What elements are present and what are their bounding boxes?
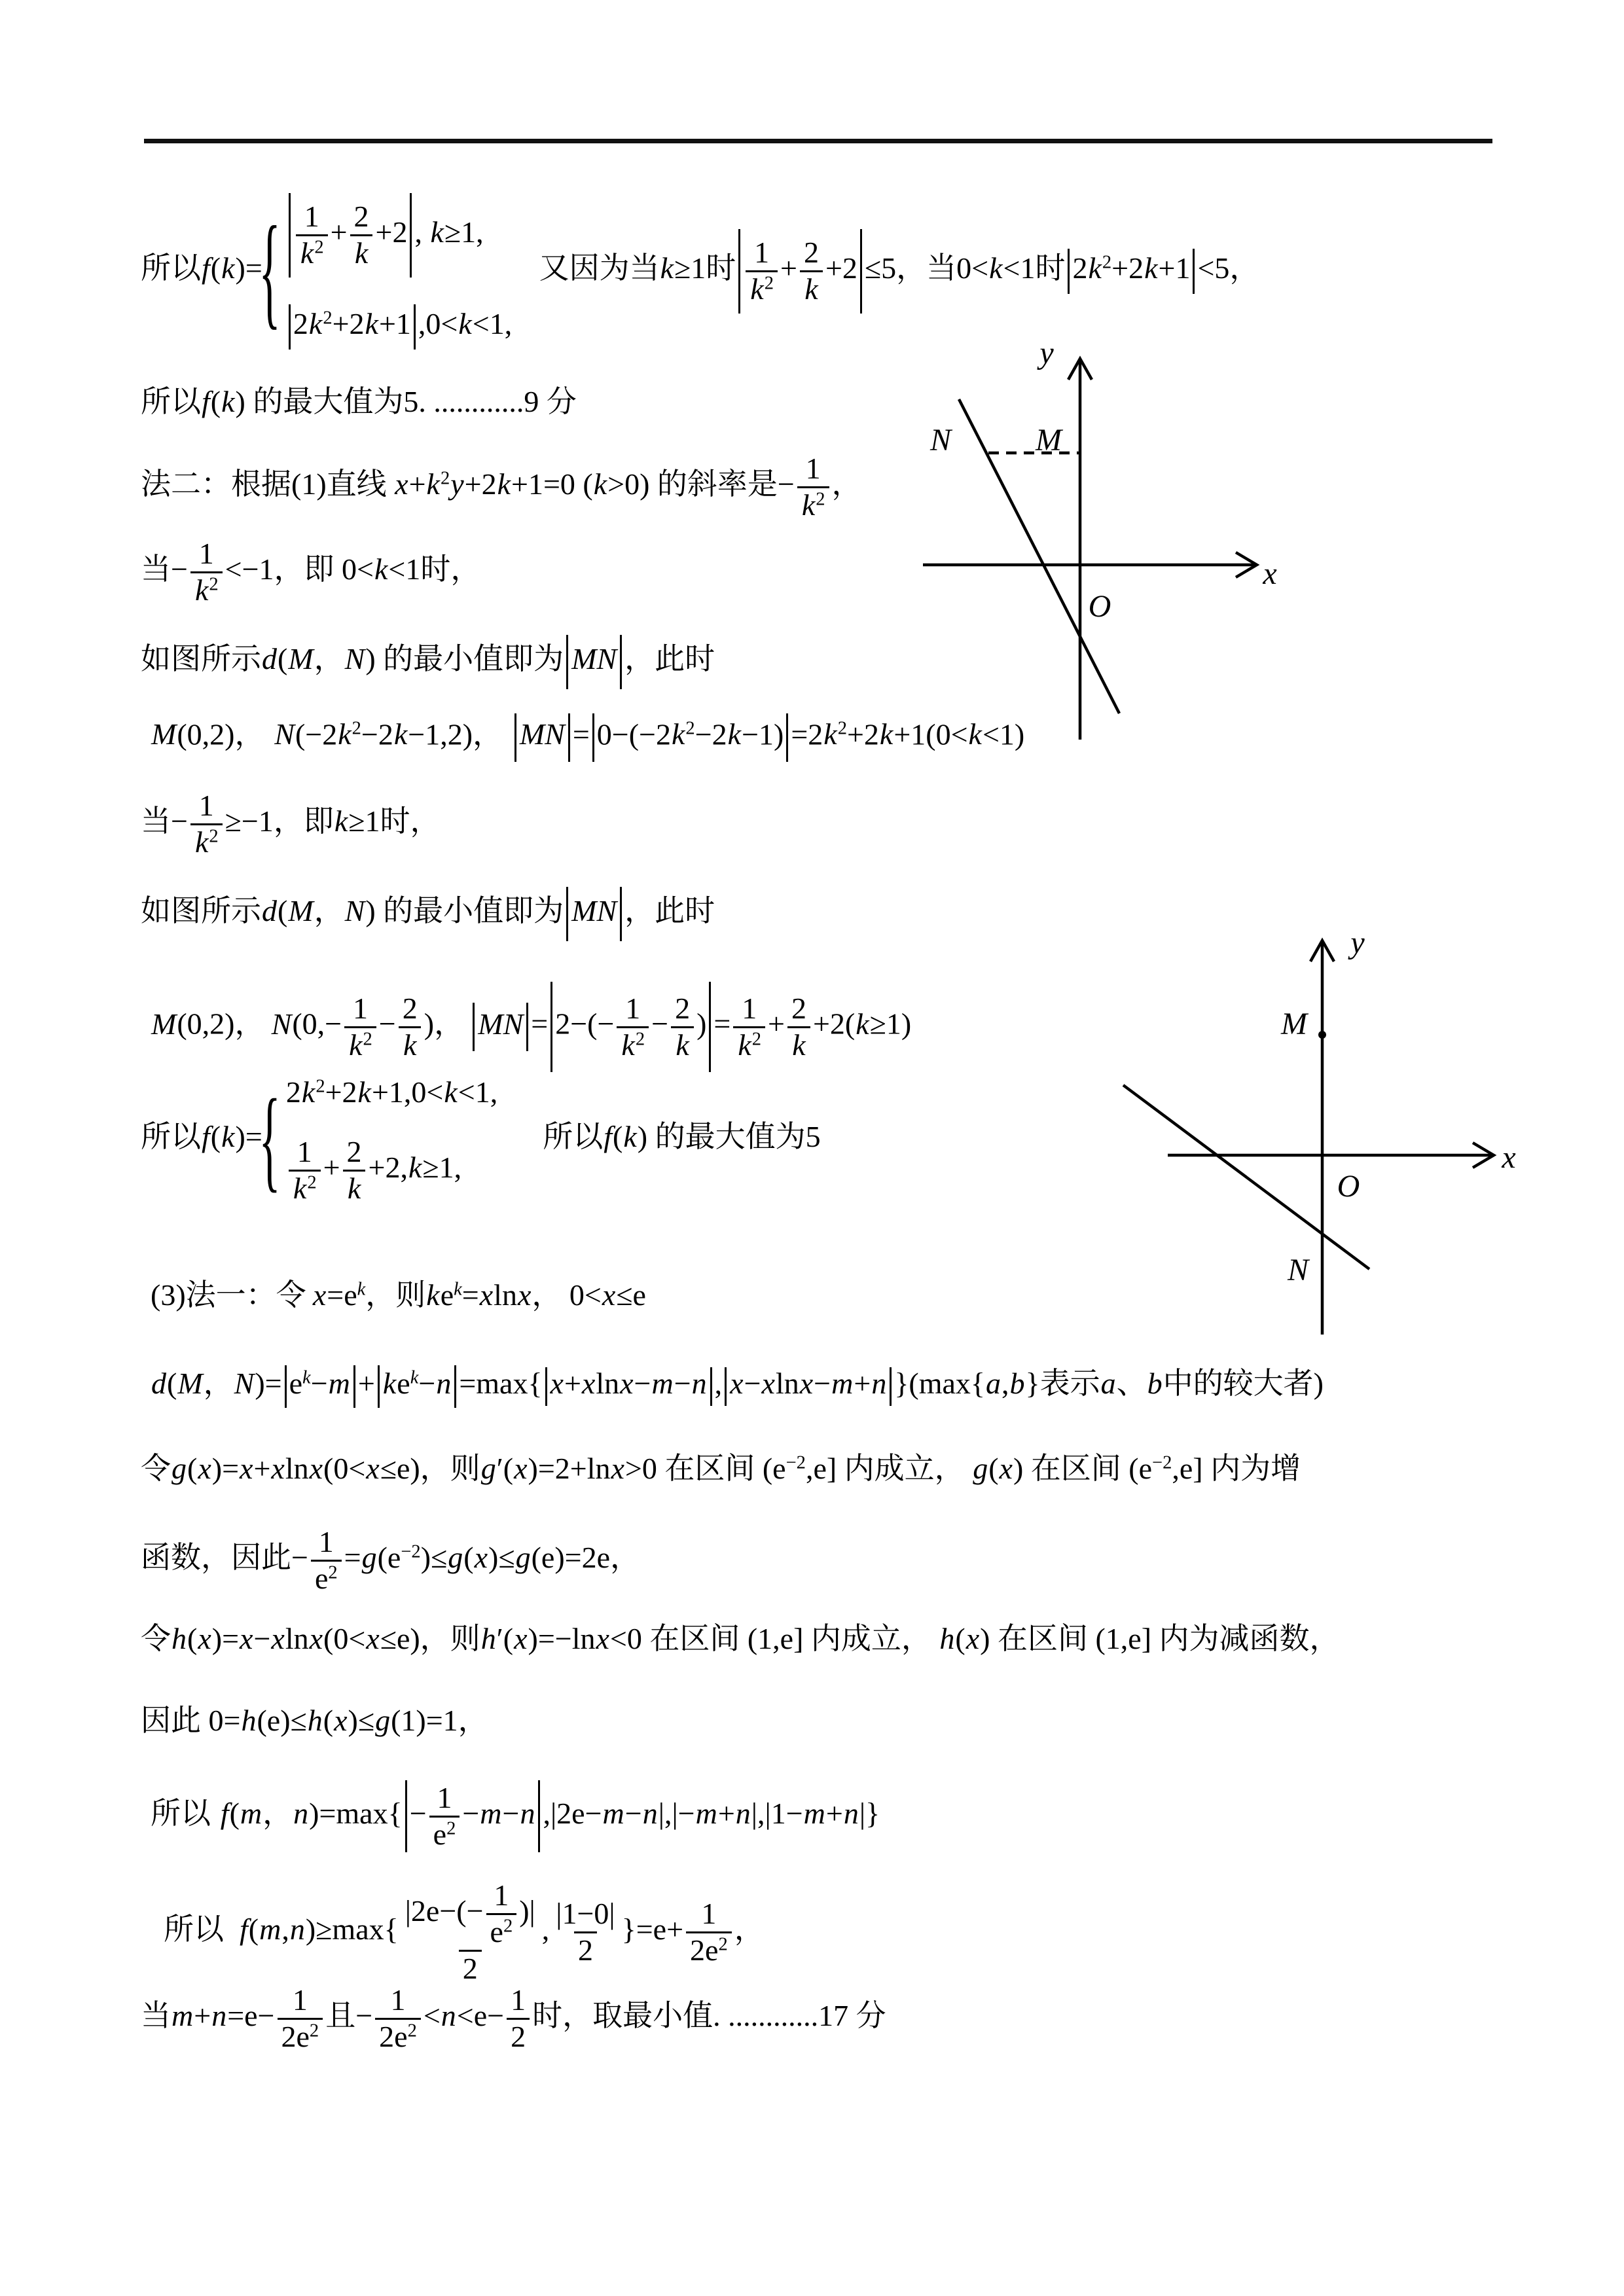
diagram2-label-m: M [1280,1007,1309,1041]
line-figure-min-1: 如图所示d(M，N) 的最小值即为MN，此时 [141,635,715,689]
line-fmn-max: 所以f(m，n)=max{−1e2−m−n,|2e−m−n|,|−m+n|,|1… [151,1780,880,1852]
diagram1-label-y: y [1036,336,1054,370]
axes-diagram-steep-line: y N M x O [903,327,1296,759]
diagram1-label-m: M [1035,423,1064,457]
line-mn-vertical: M(0,2)，N(0,−1k2−2k)，MN=2−(−1k2−2k)=1k2+2… [151,982,911,1072]
top-divider-rule [144,139,1492,143]
point-M-dot [1318,1031,1326,1039]
line-mn-horizontal: M(0,2)，N(−2k2−2k−1,2)，MN=0−(−2k2−2k−1)=2… [151,713,1024,762]
line-piecewise-final: 所以f(k)={2k2+2k+1,0<k<1,1k2+2k+2,k≥1,所以f(… [141,1073,821,1206]
axes-diagram-shallow-line: y M x O N [1087,910,1532,1342]
diagram1-label-o: O [1089,589,1111,624]
line-case-0k1: 当−1k2<−1，即 0<k<1时， [141,537,480,608]
line-g-function: 令g(x)=x+xlnx(0<x≤e)，则g′(x)=2+lnx>0 在区间 (… [141,1450,1301,1488]
line-distance-max: d(M，N)=ek−m+kek−n=max{x+xlnx−m−n,x−xlnx−… [151,1365,1324,1408]
diagram1-label-n: N [929,423,953,457]
line-h-function: 令h(x)=x−xlnx(0<x≤e)，则h′(x)=−lnx<0 在区间 (1… [141,1620,1340,1658]
line-method2-slope: 法二：根据(1)直线 x+k2y+2k+1=0 (k>0) 的斜率是−1k2， [141,452,862,523]
line-fmn-lower-bound: 所以f(m,n)≥max{|2e−(−1e2)|2,|1−0|2}=e+12e2… [164,1878,765,1986]
diagram2-label-o: O [1337,1169,1360,1204]
diagram2-label-x: x [1501,1140,1515,1175]
line-MN-shallow [1123,1085,1369,1269]
line-g-bounds: 函数，因此−1e2=g(e−2)≤g(x)≤g(e)=2e， [141,1525,640,1596]
line-figure-min-2: 如图所示d(M，N) 的最小值即为MN，此时 [141,887,715,941]
diagram1-label-x: x [1262,556,1276,591]
line-case-kge1: 当−1k2≥−1，即k≥1时， [141,789,441,860]
line-h-bounds: 因此 0=h(e)≤h(x)≤g(1)=1， [141,1702,488,1740]
line-piecewise-def: 所以f(k)={1k2+2k+2, k≥1,2k2+2k+1,0<k<1,又因为… [141,193,1259,350]
line-minimum-17pts: 当m+n=e−12e2且−12e2<n<e−12时，取最小值. ........… [141,1983,886,2054]
line-part3-method1: (3)法一：令x=ek，则kek=xlnx， 0<x≤e [151,1276,646,1314]
diagram2-label-n: N [1287,1253,1310,1287]
line-max-value-9pts: 所以f(k) 的最大值为5. ............9 分 [141,383,577,421]
diagram2-label-y: y [1347,925,1365,960]
document-page: 所以f(k)={1k2+2k+2, k≥1,2k2+2k+1,0<k<1,又因为… [0,0,1624,2296]
